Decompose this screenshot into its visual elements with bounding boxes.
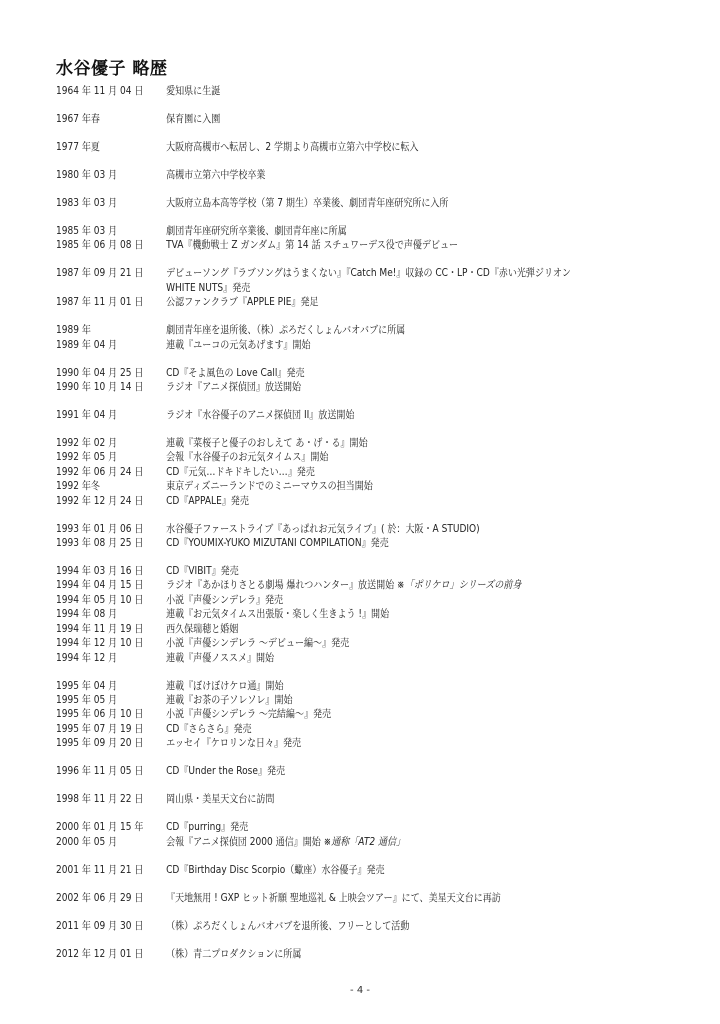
- timeline-entry: 1992 年 06 月 24 日CD『元気…ドキドキしたい…』発売: [56, 465, 675, 479]
- entry-text: 小説『声優シンデレラ』発売: [166, 593, 675, 607]
- timeline-group: 1995 年 04 月連載『ぼけぼけケロ通』開始1995 年 05 月連載『お茶…: [56, 679, 676, 751]
- timeline-group: 2012 年 12 月 01 日（株）青二プロダクションに所属: [56, 947, 676, 961]
- entry-date: 1985 年 03 月: [56, 224, 166, 238]
- timeline-group: 1985 年 03 月劇団青年座研究所卒業後、劇団青年座に所属1985 年 06…: [56, 224, 676, 253]
- entry-date: 1967 年春: [56, 112, 166, 126]
- timeline-entry: 1990 年 10 月 14 日ラジオ『アニメ探偵団』放送開始: [56, 380, 675, 394]
- timeline-entry: 2011 年 09 月 30 日（株）ぷろだくしょんバオバブを退所後、フリーとし…: [56, 919, 675, 933]
- timeline-group: 1991 年 04 月ラジオ『水谷優子のアニメ探偵団 II』放送開始: [56, 408, 676, 422]
- entry-description: TVA『機動戦士 Z ガンダム』第 14 話 スチュワーデス役で声優デビュー: [166, 239, 458, 251]
- timeline-entry: 1987 年 11 月 01 日公認ファンクラブ『APPLE PIE』発足: [56, 295, 675, 309]
- entry-date: 1992 年 12 月 24 日: [56, 494, 166, 508]
- entry-description: 連載『ぼけぼけケロ通』開始: [166, 680, 283, 692]
- timeline-entry: 1996 年 11 月 05 日CD『Under the Rose』発売: [56, 764, 675, 778]
- entry-text: デビューソング『ラブソングはうまくない』『Catch Me!』収録の CC・LP…: [166, 266, 675, 280]
- entry-date: 2012 年 12 月 01 日: [56, 947, 166, 961]
- entry-date: 1994 年 05 月 10 日: [56, 593, 166, 607]
- entry-description: 劇団青年座を退所後、（株）ぷろだくしょんバオバブに所属: [166, 324, 405, 336]
- entry-date: 1992 年 06 月 24 日: [56, 465, 166, 479]
- timeline-group: 1993 年 01 月 06 日水谷優子ファーストライブ『あっぱれお元気ライブ』…: [56, 522, 676, 551]
- entry-date: 1994 年 08 月: [56, 607, 166, 621]
- entry-date: 1995 年 07 月 19 日: [56, 722, 166, 736]
- timeline-group: 1964 年 11 月 04 日愛知県に生誕: [56, 84, 676, 98]
- entry-date: 1994 年 03 月 16 日: [56, 564, 166, 578]
- entry-date: 2001 年 11 月 21 日: [56, 863, 166, 877]
- timeline-group: 1996 年 11 月 05 日CD『Under the Rose』発売: [56, 764, 676, 778]
- entry-note: ※「ポリケロ」シリーズの前身: [397, 579, 521, 591]
- timeline-entry: 1994 年 12 月 10 日小説『声優シンデレラ 〜デビュー編〜』発売: [56, 636, 675, 650]
- timeline-entry: 1994 年 05 月 10 日小説『声優シンデレラ』発売: [56, 593, 675, 607]
- entry-text: 西久保瑞穂と婚姻: [166, 622, 675, 636]
- entry-date: 1995 年 04 月: [56, 679, 166, 693]
- entry-description: （株）青二プロダクションに所属: [166, 948, 301, 960]
- entry-description: デビューソング『ラブソングはうまくない』『Catch Me!』収録の CC・LP…: [166, 267, 571, 279]
- entry-description: 西久保瑞穂と婚姻: [166, 623, 238, 635]
- timeline-entry: 1993 年 01 月 06 日水谷優子ファーストライブ『あっぱれお元気ライブ』…: [56, 522, 675, 536]
- entry-date: 1989 年 04 月: [56, 338, 166, 352]
- entry-description: 小説『声優シンデレラ 〜デビュー編〜』発売: [166, 637, 349, 649]
- entry-description: ラジオ『あかほりさとる劇場 爆れつハンター』放送開始: [166, 579, 397, 591]
- entry-text: CD『Birthday Disc Scorpio（蠍座）水谷優子』発売: [166, 863, 675, 877]
- entry-text: CD『APPALE』発売: [166, 494, 675, 508]
- entry-description: 東京ディズニーランドでのミニーマウスの担当開始: [166, 480, 373, 492]
- entry-text: （株）青二プロダクションに所属: [166, 947, 675, 961]
- timeline-entry: 1995 年 05 月連載『お茶の子ソレソレ』開始: [56, 693, 675, 707]
- entry-text: CD『VIBIT』発売: [166, 564, 675, 578]
- entry-date: 1994 年 12 月 10 日: [56, 636, 166, 650]
- entry-text: 会報『水谷優子のお元気タイムス』開始: [166, 450, 675, 464]
- biography-timeline: 1964 年 11 月 04 日愛知県に生誕1967 年春保育園に入園1977 …: [56, 84, 676, 975]
- timeline-group: 1980 年 03 月高槻市立第六中学校卒業: [56, 168, 676, 182]
- entry-date: 1992 年 02 月: [56, 436, 166, 450]
- entry-date: 1990 年 10 月 14 日: [56, 380, 166, 394]
- entry-text: CD『purring』発売: [166, 820, 675, 834]
- entry-date: 1995 年 06 月 10 日: [56, 707, 166, 721]
- timeline-entry: 2012 年 12 月 01 日（株）青二プロダクションに所属: [56, 947, 675, 961]
- timeline-group: 1992 年 02 月連載『菜桜子と優子のおしえて あ・げ・る』開始1992 年…: [56, 436, 676, 508]
- entry-description: 水谷優子ファーストライブ『あっぱれお元気ライブ』( 於：大阪・A STUDIO): [166, 523, 480, 535]
- entry-description: 『天地無用 ! GXP ヒット祈願 聖地巡礼 & 上映会ツアー』にて、美星天文台…: [166, 892, 501, 904]
- timeline-entry: WHITE NUTS』発売: [56, 281, 675, 295]
- entry-text: エッセイ『ケロリンな日々』発売: [166, 736, 675, 750]
- timeline-entry: 1995 年 06 月 10 日小説『声優シンデレラ 〜完結編〜』発売: [56, 707, 675, 721]
- entry-date: 1993 年 01 月 06 日: [56, 522, 166, 536]
- entry-text: 連載『ぼけぼけケロ通』開始: [166, 679, 675, 693]
- timeline-group: 1998 年 11 月 22 日岡山県・美星天文台に訪問: [56, 792, 676, 806]
- entry-description: 高槻市立第六中学校卒業: [166, 169, 265, 181]
- timeline-entry: 1998 年 11 月 22 日岡山県・美星天文台に訪問: [56, 792, 675, 806]
- entry-description: 会報『水谷優子のお元気タイムス』開始: [166, 451, 328, 463]
- timeline-group: 1990 年 04 月 25 日CD『そよ風色の Love Call』発売199…: [56, 366, 676, 395]
- entry-text: 劇団青年座を退所後、（株）ぷろだくしょんバオバブに所属: [166, 323, 675, 337]
- entry-text: 連載『菜桜子と優子のおしえて あ・げ・る』開始: [166, 436, 675, 450]
- timeline-entry: 1991 年 04 月ラジオ『水谷優子のアニメ探偵団 II』放送開始: [56, 408, 675, 422]
- entry-date: [56, 281, 166, 295]
- entry-text: ラジオ『水谷優子のアニメ探偵団 II』放送開始: [166, 408, 675, 422]
- timeline-entry: 1994 年 04 月 15 日ラジオ『あかほりさとる劇場 爆れつハンター』放送…: [56, 578, 675, 592]
- timeline-entry: 1985 年 06 月 08 日TVA『機動戦士 Z ガンダム』第 14 話 ス…: [56, 238, 675, 252]
- entry-description: 連載『菜桜子と優子のおしえて あ・げ・る』開始: [166, 437, 368, 449]
- timeline-entry: 1992 年 02 月連載『菜桜子と優子のおしえて あ・げ・る』開始: [56, 436, 675, 450]
- document-page: 水谷優子 略歴 1964 年 11 月 04 日愛知県に生誕1967 年春保育園…: [0, 0, 720, 1024]
- timeline-entry: 1994 年 03 月 16 日CD『VIBIT』発売: [56, 564, 675, 578]
- timeline-group: 2011 年 09 月 30 日（株）ぷろだくしょんバオバブを退所後、フリーとし…: [56, 919, 676, 933]
- timeline-entry: 1992 年冬東京ディズニーランドでのミニーマウスの担当開始: [56, 479, 675, 493]
- entry-description: 保育園に入園: [166, 113, 220, 125]
- entry-description: 連載『声優ノススメ』開始: [166, 652, 274, 664]
- entry-description: 岡山県・美星天文台に訪問: [166, 793, 274, 805]
- entry-date: 2002 年 06 月 29 日: [56, 891, 166, 905]
- entry-text: WHITE NUTS』発売: [166, 281, 675, 295]
- timeline-entry: 1993 年 08 月 25 日CD『YOUMIX-YUKO MIZUTANI …: [56, 536, 675, 550]
- entry-date: 1998 年 11 月 22 日: [56, 792, 166, 806]
- entry-text: 岡山県・美星天文台に訪問: [166, 792, 675, 806]
- entry-description: CD『元気…ドキドキしたい…』発売: [166, 466, 315, 478]
- timeline-entry: 1980 年 03 月高槻市立第六中学校卒業: [56, 168, 675, 182]
- timeline-group: 2000 年 01 月 15 年CD『purring』発売2000 年 05 月…: [56, 820, 676, 849]
- entry-text: 小説『声優シンデレラ 〜完結編〜』発売: [166, 707, 675, 721]
- entry-text: 公認ファンクラブ『APPLE PIE』発足: [166, 295, 675, 309]
- timeline-entry: 1994 年 11 月 19 日西久保瑞穂と婚姻: [56, 622, 675, 636]
- timeline-entry: 1995 年 09 月 20 日エッセイ『ケロリンな日々』発売: [56, 736, 675, 750]
- entry-date: 2000 年 01 月 15 年: [56, 820, 166, 834]
- entry-description: 大阪府立島本高等学校（第 7 期生）卒業後、劇団青年座研究所に入所: [166, 197, 448, 209]
- timeline-entry: 1994 年 08 月連載『お元気タイムス出張版・楽しく生きよう !』開始: [56, 607, 675, 621]
- timeline-entry: 1964 年 11 月 04 日愛知県に生誕: [56, 84, 675, 98]
- entry-description: CD『YOUMIX-YUKO MIZUTANI COMPILATION』発売: [166, 537, 389, 549]
- timeline-entry: 1992 年 12 月 24 日CD『APPALE』発売: [56, 494, 675, 508]
- entry-text: 『天地無用 ! GXP ヒット祈願 聖地巡礼 & 上映会ツアー』にて、美星天文台…: [166, 891, 675, 905]
- entry-text: 連載『お茶の子ソレソレ』開始: [166, 693, 675, 707]
- entry-date: 1980 年 03 月: [56, 168, 166, 182]
- timeline-group: 2002 年 06 月 29 日『天地無用 ! GXP ヒット祈願 聖地巡礼 &…: [56, 891, 676, 905]
- timeline-entry: 2000 年 05 月会報『アニメ探偵団 2000 通信』開始 ※通称「AT2 …: [56, 835, 675, 849]
- entry-date: 2011 年 09 月 30 日: [56, 919, 166, 933]
- entry-date: 1996 年 11 月 05 日: [56, 764, 166, 778]
- timeline-entry: 2001 年 11 月 21 日CD『Birthday Disc Scorpio…: [56, 863, 675, 877]
- entry-description: CD『さらさら』発売: [166, 723, 252, 735]
- entry-text: 連載『お元気タイムス出張版・楽しく生きよう !』開始: [166, 607, 675, 621]
- entry-date: 1992 年冬: [56, 479, 166, 493]
- entry-description: CD『VIBIT』発売: [166, 565, 239, 577]
- entry-text: 劇団青年座研究所卒業後、劇団青年座に所属: [166, 224, 675, 238]
- entry-text: CD『Under the Rose』発売: [166, 764, 675, 778]
- timeline-group: 2001 年 11 月 21 日CD『Birthday Disc Scorpio…: [56, 863, 676, 877]
- timeline-entry: 1977 年夏大阪府高槻市へ転居し、2 学期より高槻市立第六中学校に転入: [56, 140, 675, 154]
- entry-date: 1989 年: [56, 323, 166, 337]
- entry-description: CD『Birthday Disc Scorpio（蠍座）水谷優子』発売: [166, 864, 384, 876]
- entry-text: CD『元気…ドキドキしたい…』発売: [166, 465, 675, 479]
- timeline-entry: 1995 年 04 月連載『ぼけぼけケロ通』開始: [56, 679, 675, 693]
- entry-description: 公認ファンクラブ『APPLE PIE』発足: [166, 296, 318, 308]
- entry-date: 2000 年 05 月: [56, 835, 166, 849]
- entry-description: CD『Under the Rose』発売: [166, 765, 285, 777]
- entry-description: 愛知県に生誕: [166, 85, 220, 97]
- entry-description: 劇団青年座研究所卒業後、劇団青年座に所属: [166, 225, 347, 237]
- entry-description: 会報『アニメ探偵団 2000 通信』開始: [166, 836, 324, 848]
- entry-date: 1995 年 05 月: [56, 693, 166, 707]
- entry-text: ラジオ『あかほりさとる劇場 爆れつハンター』放送開始 ※「ポリケロ」シリーズの前…: [166, 578, 675, 592]
- entry-date: 1994 年 04 月 15 日: [56, 578, 166, 592]
- entry-date: 1992 年 05 月: [56, 450, 166, 464]
- entry-text: 大阪府立島本高等学校（第 7 期生）卒業後、劇団青年座研究所に入所: [166, 196, 675, 210]
- entry-date: 1987 年 11 月 01 日: [56, 295, 166, 309]
- timeline-group: 1987 年 09 月 21 日デビューソング『ラブソングはうまくない』『Cat…: [56, 266, 676, 309]
- entry-text: CD『そよ風色の Love Call』発売: [166, 366, 675, 380]
- timeline-entry: 1989 年 04 月連載『ユーコの元気あげます』開始: [56, 338, 675, 352]
- timeline-group: 1994 年 03 月 16 日CD『VIBIT』発売1994 年 04 月 1…: [56, 564, 676, 665]
- entry-description: WHITE NUTS』発売: [166, 282, 250, 294]
- entry-date: 1993 年 08 月 25 日: [56, 536, 166, 550]
- entry-description: ラジオ『アニメ探偵団』放送開始: [166, 381, 301, 393]
- timeline-entry: 1990 年 04 月 25 日CD『そよ風色の Love Call』発売: [56, 366, 675, 380]
- page-title: 水谷優子 略歴: [56, 54, 167, 79]
- entry-text: 大阪府高槻市へ転居し、2 学期より高槻市立第六中学校に転入: [166, 140, 675, 154]
- entry-text: 小説『声優シンデレラ 〜デビュー編〜』発売: [166, 636, 675, 650]
- timeline-entry: 1992 年 05 月会報『水谷優子のお元気タイムス』開始: [56, 450, 675, 464]
- entry-description: 小説『声優シンデレラ 〜完結編〜』発売: [166, 708, 331, 720]
- timeline-group: 1967 年春保育園に入園: [56, 112, 676, 126]
- entry-text: 水谷優子ファーストライブ『あっぱれお元気ライブ』( 於：大阪・A STUDIO): [166, 522, 675, 536]
- entry-date: 1977 年夏: [56, 140, 166, 154]
- entry-date: 1994 年 11 月 19 日: [56, 622, 166, 636]
- entry-text: 連載『声優ノススメ』開始: [166, 651, 675, 665]
- entry-description: 連載『お茶の子ソレソレ』開始: [166, 694, 292, 706]
- timeline-entry: 1994 年 12 月連載『声優ノススメ』開始: [56, 651, 675, 665]
- entry-date: 1987 年 09 月 21 日: [56, 266, 166, 280]
- entry-description: CD『purring』発売: [166, 821, 248, 833]
- entry-description: 小説『声優シンデレラ』発売: [166, 594, 283, 606]
- entry-date: 1991 年 04 月: [56, 408, 166, 422]
- entry-text: ラジオ『アニメ探偵団』放送開始: [166, 380, 675, 394]
- timeline-group: 1977 年夏大阪府高槻市へ転居し、2 学期より高槻市立第六中学校に転入: [56, 140, 676, 154]
- entry-description: CD『そよ風色の Love Call』発売: [166, 367, 304, 379]
- timeline-entry: 1983 年 03 月大阪府立島本高等学校（第 7 期生）卒業後、劇団青年座研究…: [56, 196, 675, 210]
- entry-date: 1985 年 06 月 08 日: [56, 238, 166, 252]
- timeline-entry: 1967 年春保育園に入園: [56, 112, 675, 126]
- entry-description: ラジオ『水谷優子のアニメ探偵団 II』放送開始: [166, 409, 354, 421]
- entry-date: 1995 年 09 月 20 日: [56, 736, 166, 750]
- entry-text: 東京ディズニーランドでのミニーマウスの担当開始: [166, 479, 675, 493]
- timeline-entry: 1987 年 09 月 21 日デビューソング『ラブソングはうまくない』『Cat…: [56, 266, 675, 280]
- entry-text: 高槻市立第六中学校卒業: [166, 168, 675, 182]
- timeline-entry: 1985 年 03 月劇団青年座研究所卒業後、劇団青年座に所属: [56, 224, 675, 238]
- entry-description: 大阪府高槻市へ転居し、2 学期より高槻市立第六中学校に転入: [166, 141, 418, 153]
- entry-text: CD『さらさら』発売: [166, 722, 675, 736]
- entry-text: 連載『ユーコの元気あげます』開始: [166, 338, 675, 352]
- timeline-entry: 1995 年 07 月 19 日CD『さらさら』発売: [56, 722, 675, 736]
- entry-description: CD『APPALE』発売: [166, 495, 249, 507]
- entry-text: 会報『アニメ探偵団 2000 通信』開始 ※通称「AT2 通信」: [166, 835, 675, 849]
- entry-text: TVA『機動戦士 Z ガンダム』第 14 話 スチュワーデス役で声優デビュー: [166, 238, 675, 252]
- entry-date: 1964 年 11 月 04 日: [56, 84, 166, 98]
- entry-date: 1990 年 04 月 25 日: [56, 366, 166, 380]
- entry-date: 1983 年 03 月: [56, 196, 166, 210]
- entry-description: 連載『お元気タイムス出張版・楽しく生きよう !』開始: [166, 608, 389, 620]
- entry-description: （株）ぷろだくしょんバオバブを退所後、フリーとして活動: [166, 920, 409, 932]
- entry-text: 保育園に入園: [166, 112, 675, 126]
- page-number: - 4 -: [0, 985, 720, 996]
- timeline-group: 1989 年劇団青年座を退所後、（株）ぷろだくしょんバオバブに所属1989 年 …: [56, 323, 676, 352]
- timeline-entry: 2002 年 06 月 29 日『天地無用 ! GXP ヒット祈願 聖地巡礼 &…: [56, 891, 675, 905]
- entry-text: （株）ぷろだくしょんバオバブを退所後、フリーとして活動: [166, 919, 675, 933]
- entry-text: CD『YOUMIX-YUKO MIZUTANI COMPILATION』発売: [166, 536, 675, 550]
- timeline-entry: 1989 年劇団青年座を退所後、（株）ぷろだくしょんバオバブに所属: [56, 323, 675, 337]
- timeline-entry: 2000 年 01 月 15 年CD『purring』発売: [56, 820, 675, 834]
- timeline-group: 1983 年 03 月大阪府立島本高等学校（第 7 期生）卒業後、劇団青年座研究…: [56, 196, 676, 210]
- entry-description: エッセイ『ケロリンな日々』発売: [166, 737, 301, 749]
- entry-note: ※通称「AT2 通信」: [324, 836, 405, 848]
- entry-description: 連載『ユーコの元気あげます』開始: [166, 339, 310, 351]
- entry-text: 愛知県に生誕: [166, 84, 675, 98]
- entry-date: 1994 年 12 月: [56, 651, 166, 665]
